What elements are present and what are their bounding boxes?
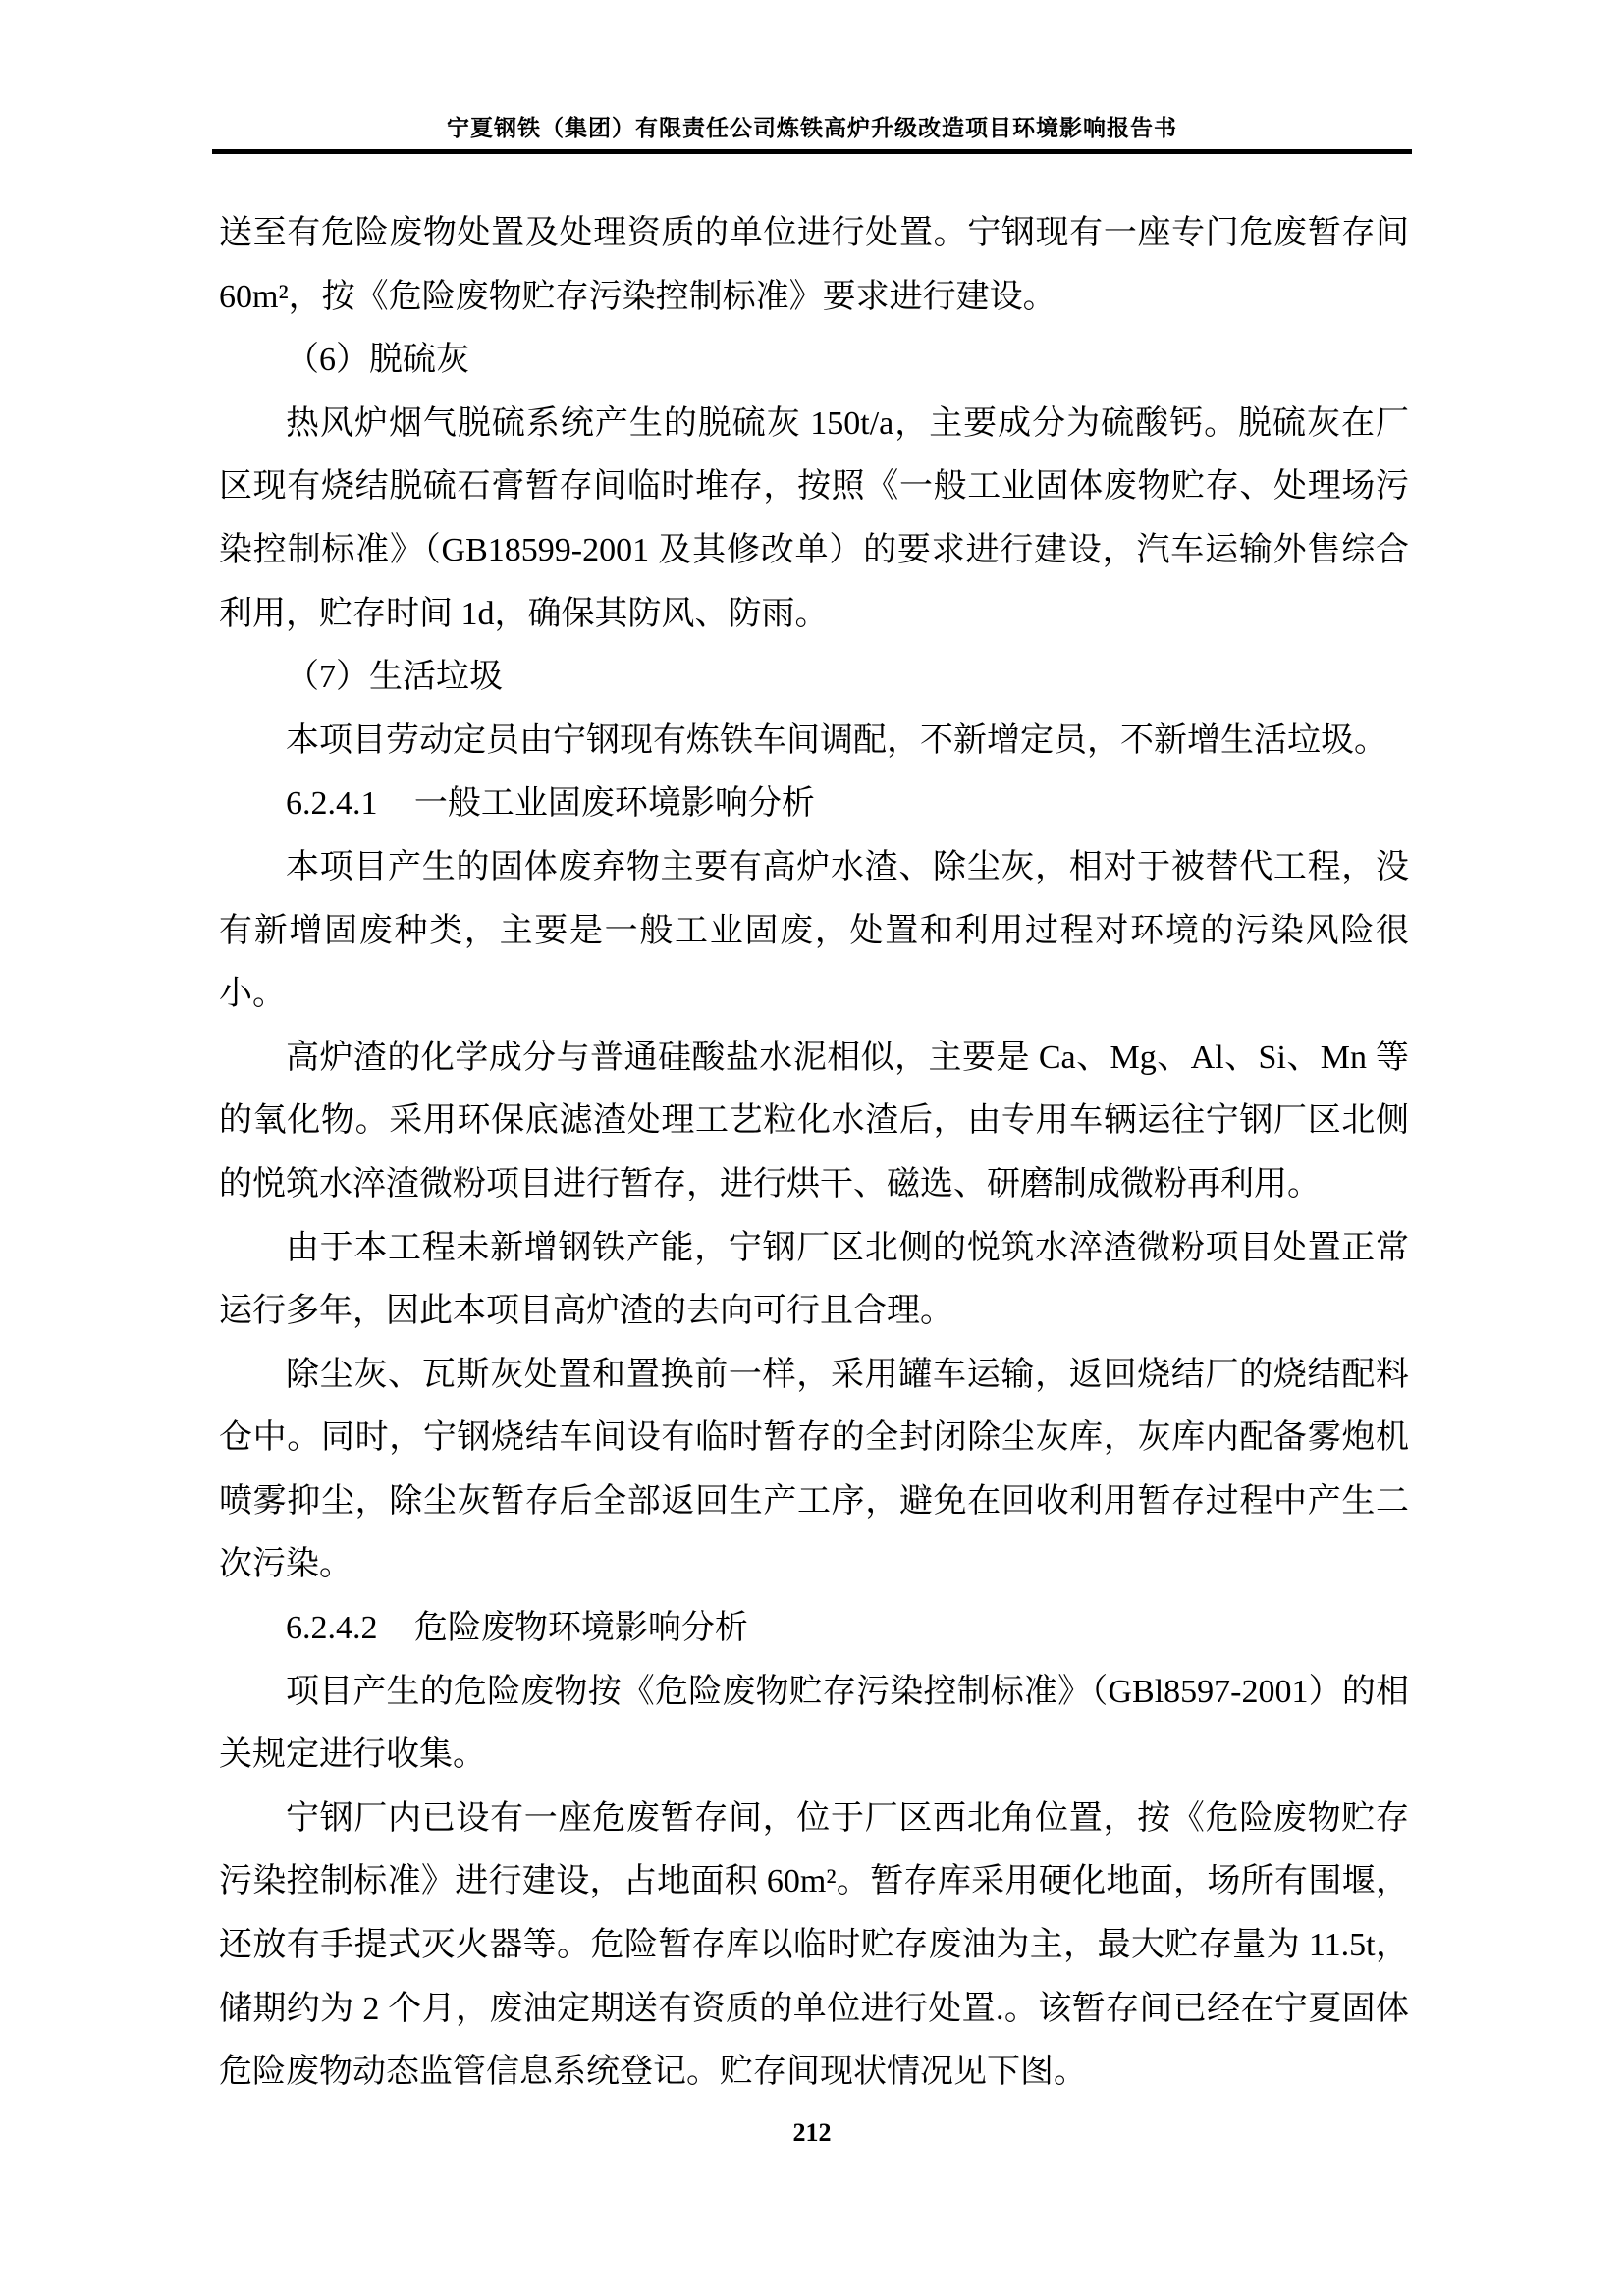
section-heading-6-2-4-2: 6.2.4.2危险废物环境影响分析 (219, 1597, 1409, 1661)
paragraph-blast-furnace-slag: 高炉渣的化学成分与普通硅酸盐水泥相似，主要是 Ca、Mg、Al、Si、Mn 等的… (219, 1027, 1409, 1217)
document-body: 送至有危险废物处置及处理资质的单位进行处置。宁钢现有一座专门危废暂存间60m²，… (219, 202, 1409, 2105)
section-number: 6.2.4.2 (286, 1610, 378, 1646)
paragraph-dust-ash-handling: 除尘灰、瓦斯灰处置和置换前一样，采用罐车运输，返回烧结厂的烧结配料仓中。同时，宁… (219, 1344, 1409, 1597)
paragraph-slag-disposal-feasibility: 由于本工程未新增钢铁产能，宁钢厂区北侧的悦筑水淬渣微粉项目处置正常运行多年，因此… (219, 1217, 1409, 1344)
section-title: 一般工业固废环境影响分析 (414, 785, 815, 822)
paragraph-general-solid-waste-1: 本项目产生的固体废弃物主要有高炉水渣、除尘灰，相对于被替代工程，没有新增固废种类… (219, 836, 1409, 1027)
paragraph-hazardous-waste-collection: 项目产生的危险废物按《危险废物贮存污染控制标准》（GBl8597-2001）的相… (219, 1661, 1409, 1788)
paragraph-item-6-desulfurization-ash: （6）脱硫灰 (219, 329, 1409, 393)
paragraph-desulfurization-ash-detail: 热风炉烟气脱硫系统产生的脱硫灰 150t/a，主要成分为硫酸钙。脱硫灰在厂区现有… (219, 393, 1409, 646)
section-heading-6-2-4-1: 6.2.4.1一般工业固废环境影响分析 (219, 773, 1409, 836)
paragraph-continuation: 送至有危险废物处置及处理资质的单位进行处置。宁钢现有一座专门危废暂存间60m²，… (219, 202, 1409, 329)
paragraph-hazardous-waste-storage: 宁钢厂内已设有一座危废暂存间，位于厂区西北角位置，按《危险废物贮存污染控制标准》… (219, 1788, 1409, 2105)
paragraph-domestic-waste-detail: 本项目劳动定员由宁钢现有炼铁车间调配，不新增定员，不新增生活垃圾。 (219, 710, 1409, 774)
report-header-title: 宁夏钢铁（集团）有限责任公司炼铁高炉升级改造项目环境影响报告书 (212, 110, 1412, 142)
section-title: 危险废物环境影响分析 (414, 1610, 748, 1646)
paragraph-item-7-domestic-waste: （7）生活垃圾 (219, 646, 1409, 710)
header-rule (212, 149, 1412, 154)
document-page: 宁夏钢铁（集团）有限责任公司炼铁高炉升级改造项目环境影响报告书 送至有危险废物处… (0, 0, 1624, 2296)
page-number: 212 (212, 2118, 1412, 2148)
section-number: 6.2.4.1 (286, 785, 378, 822)
